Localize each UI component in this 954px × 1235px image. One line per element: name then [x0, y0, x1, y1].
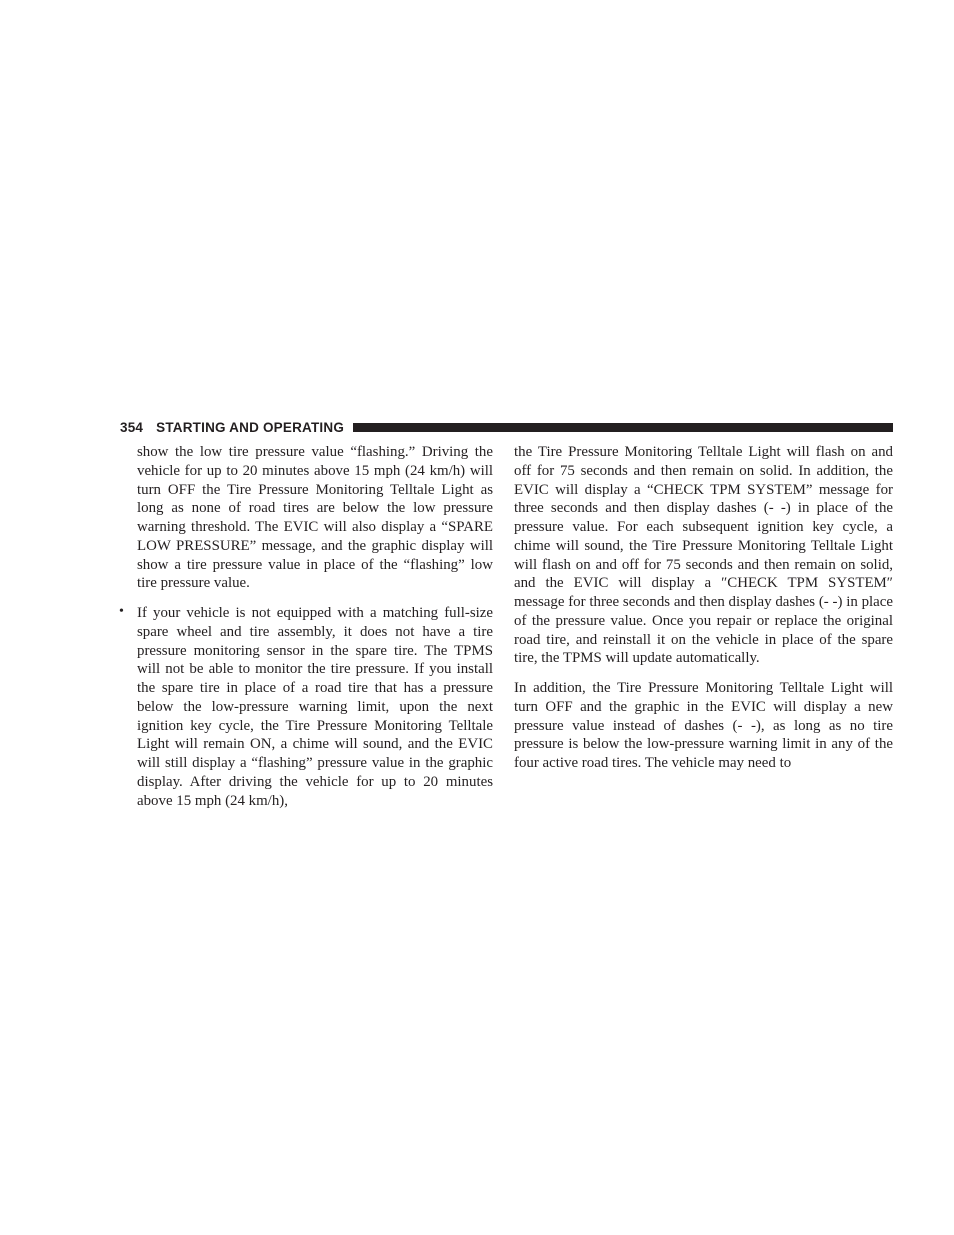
page-number: 354: [120, 420, 143, 435]
page-header: 354 STARTING AND OPERATING: [120, 419, 893, 435]
paragraph-tpm-update: In addition, the Tire Pressure Monitorin…: [514, 679, 893, 773]
header-rule: [353, 423, 893, 432]
column-right: the Tire Pressure Monitoring Telltale Li…: [514, 443, 893, 773]
manual-page: 354 STARTING AND OPERATING show the low …: [0, 0, 954, 1235]
paragraph-continuation: show the low tire pressure value “flashi…: [137, 443, 493, 593]
paragraph-tpm-flash: the Tire Pressure Monitoring Telltale Li…: [514, 443, 893, 668]
bullet-paragraph: If your vehicle is not equipped with a m…: [137, 604, 493, 810]
section-title: STARTING AND OPERATING: [156, 420, 344, 435]
bullet-icon: •: [119, 603, 124, 622]
column-left: show the low tire pressure value “flashi…: [137, 443, 493, 810]
bullet-item: • If your vehicle is not equipped with a…: [137, 604, 493, 810]
